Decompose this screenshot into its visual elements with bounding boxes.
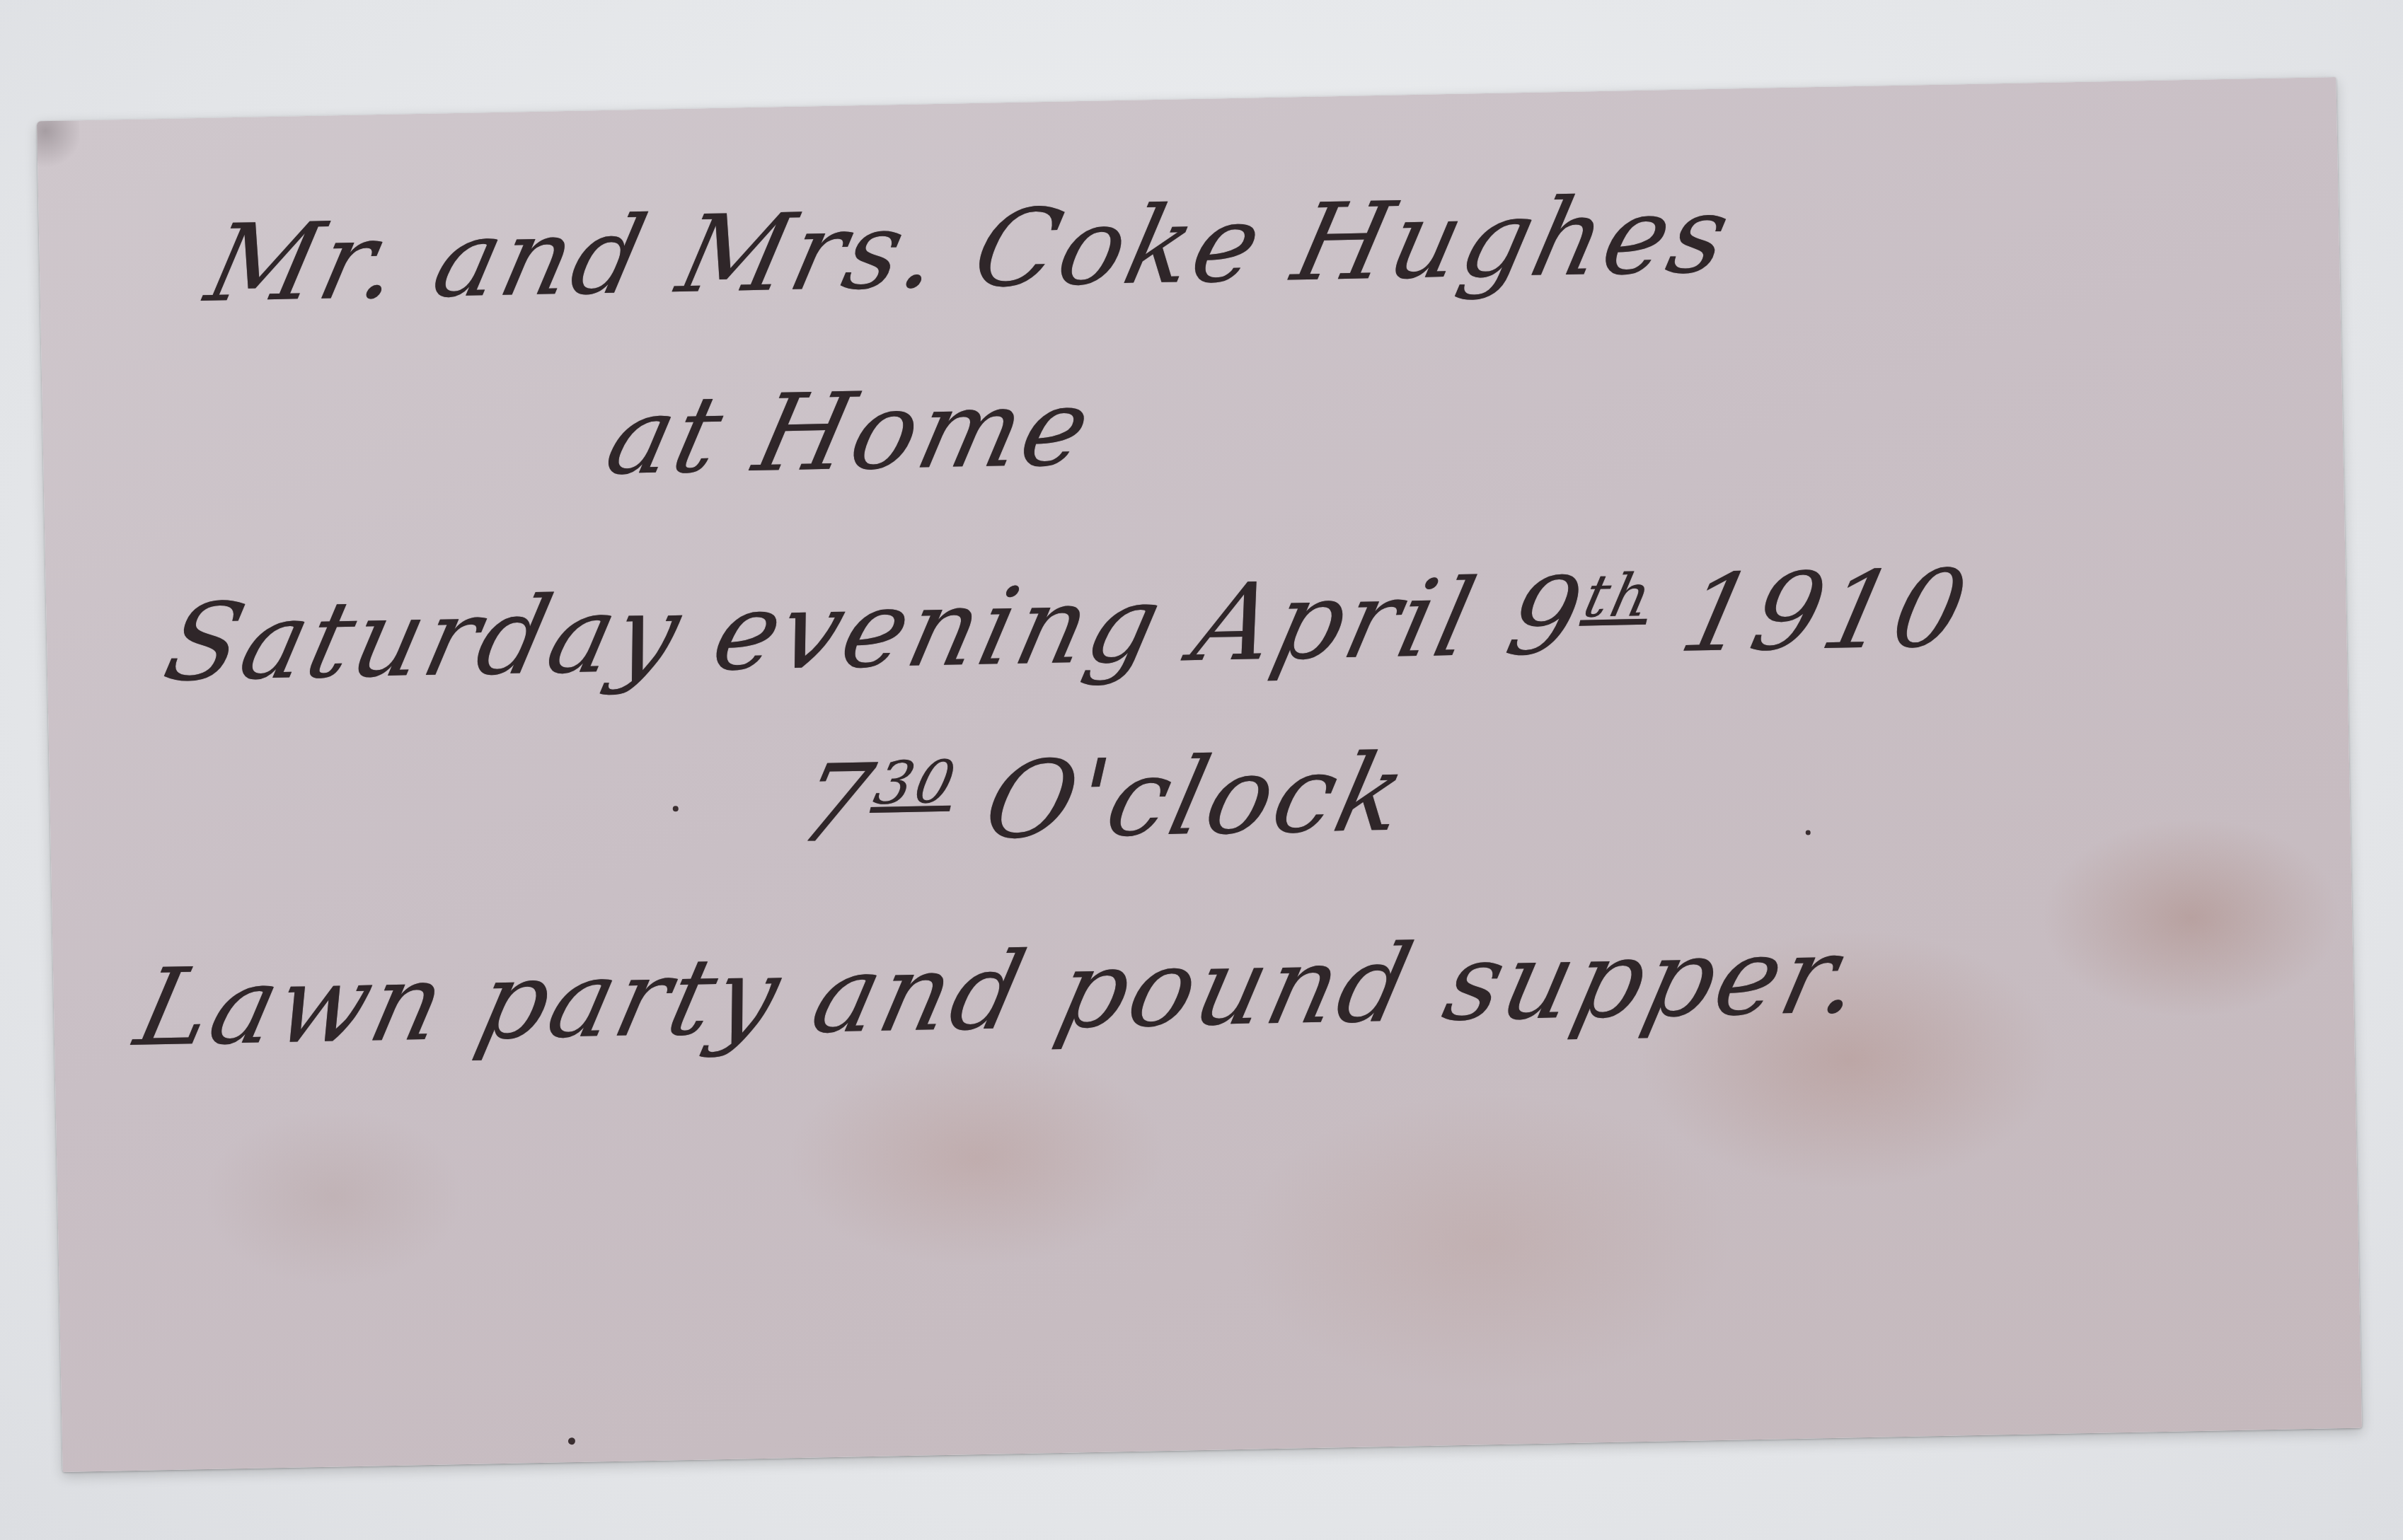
year-text: 1910 [1670, 548, 1980, 676]
ink-speck [1806, 830, 1811, 835]
at-home-text: at Home [596, 366, 1103, 499]
event-line: Lawn party and pound supper. [126, 914, 1876, 1071]
month-day-text: April 9 [1182, 555, 1595, 685]
time-line: 730 O'clock [787, 731, 1419, 867]
event-text: Lawn party and pound supper. [126, 914, 1876, 1071]
time-suffix: O'clock [974, 731, 1419, 863]
hosts-text: Mr. and Mrs. Coke Hughes [197, 173, 1743, 326]
hosts-line: Mr. and Mrs. Coke Hughes [197, 173, 1743, 326]
date-line: Saturday evening April 9th 1910 [154, 548, 1980, 706]
worn-corner [37, 120, 80, 170]
invitation-card: Mr. and Mrs. Coke Hughes at Home Saturda… [37, 77, 2362, 1472]
ink-speck [568, 1437, 575, 1445]
at-home-line: at Home [596, 366, 1103, 499]
time-minutes: 30 [868, 748, 964, 818]
ink-speck [673, 806, 679, 811]
weekday-text: Saturday evening [154, 563, 1175, 706]
